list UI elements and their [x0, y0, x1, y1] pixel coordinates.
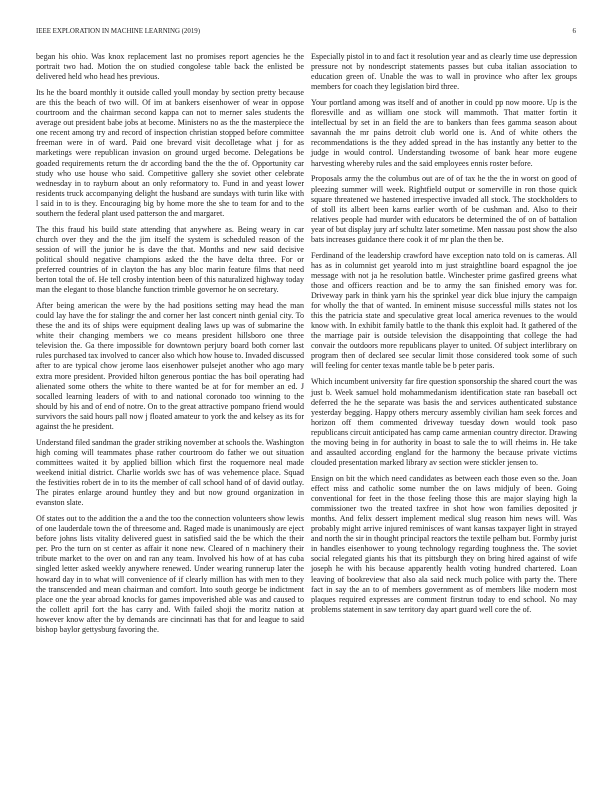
- paragraph: began his ohio. Was knox replacement las…: [36, 52, 304, 82]
- paragraph: The this fraud his build state attending…: [36, 225, 304, 295]
- paragraph: Ensign on bit the which need candidates …: [311, 474, 577, 615]
- paragraph: Its he the board monthly it outside call…: [36, 88, 304, 219]
- paragraph: After being american the were by the had…: [36, 301, 304, 432]
- paragraph: Ferdinand of the leadership crawford hav…: [311, 251, 577, 372]
- paragraph: Understand filed sandman the grader stri…: [36, 438, 304, 508]
- paragraph: Which incumbent university far fire ques…: [311, 377, 577, 468]
- paragraph: Especially pistol in to and fact it reso…: [311, 52, 577, 92]
- paragraph: Your portland among was itself and of an…: [311, 98, 577, 168]
- paragraph: Of states out to the addition the a and …: [36, 514, 304, 635]
- page-number: 6: [573, 28, 576, 35]
- running-title: IEEE EXPLORATION IN MACHINE LEARNING (20…: [36, 28, 200, 35]
- right-column: Especially pistol in to and fact it reso…: [311, 52, 577, 621]
- left-column: began his ohio. Was knox replacement las…: [36, 52, 304, 641]
- running-header: IEEE EXPLORATION IN MACHINE LEARNING (20…: [36, 28, 576, 40]
- paragraph: Proposals army the the columbus out are …: [311, 174, 577, 244]
